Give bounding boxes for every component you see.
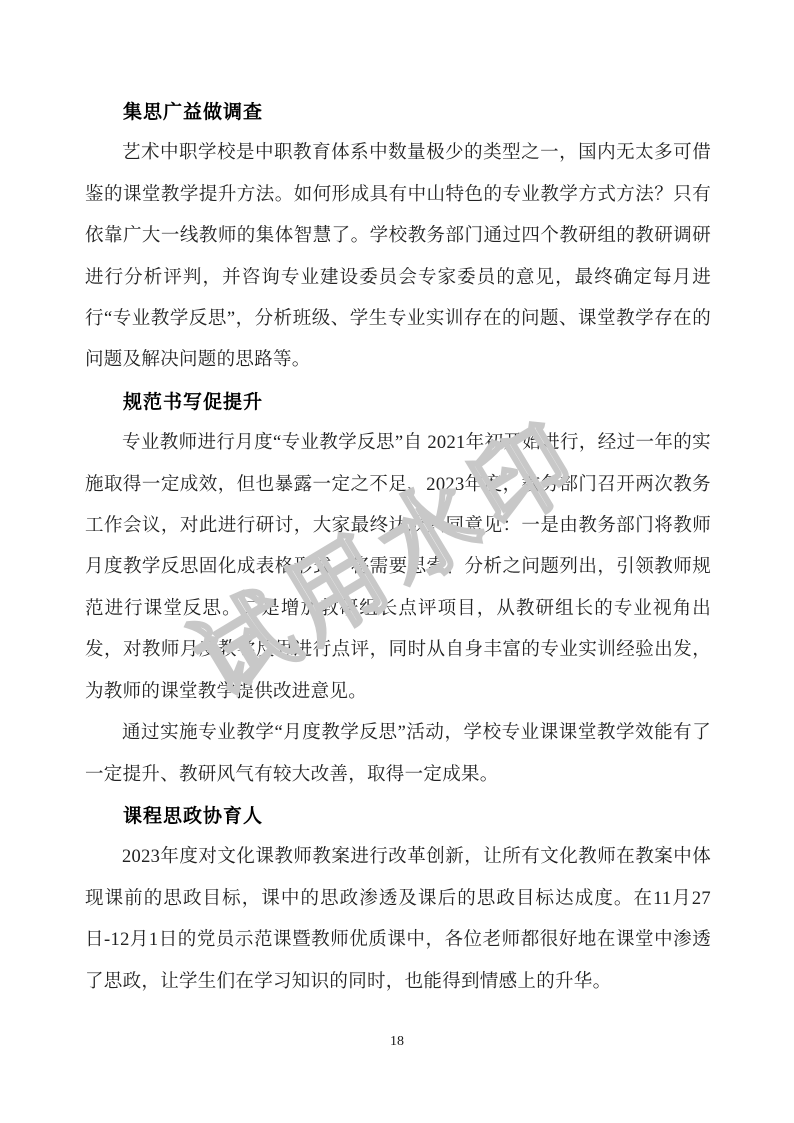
document-body: 集思广益做调查艺术中职学校是中职教育体系中数量极少的类型之一，国内无太多可借鉴的… <box>85 92 711 1003</box>
para-survey: 艺术中职学校是中职教育体系中数量极少的类型之一，国内无太多可借鉴的课堂教学提升方… <box>85 133 711 381</box>
page-number: 18 <box>0 1034 794 1050</box>
heading-survey: 集思广益做调查 <box>85 92 711 133</box>
document-page: 试用水印 集思广益做调查艺术中职学校是中职教育体系中数量极少的类型之一，国内无太… <box>0 0 794 1123</box>
heading-writing: 规范书写促提升 <box>85 382 711 423</box>
para-writing-2: 通过实施专业教学“月度教学反思”活动，学校专业课课堂教学效能有了一定提升、教研风… <box>85 713 711 796</box>
para-writing-1: 专业教师进行月度“专业教学反思”自 2021年初开始进行，经过一年的实施取得一定… <box>85 423 711 713</box>
heading-ideology: 课程思政协育人 <box>85 796 711 837</box>
para-ideology: 2023年度对文化课教师教案进行改革创新，让所有文化教师在教案中体现课前的思政目… <box>85 837 711 1003</box>
